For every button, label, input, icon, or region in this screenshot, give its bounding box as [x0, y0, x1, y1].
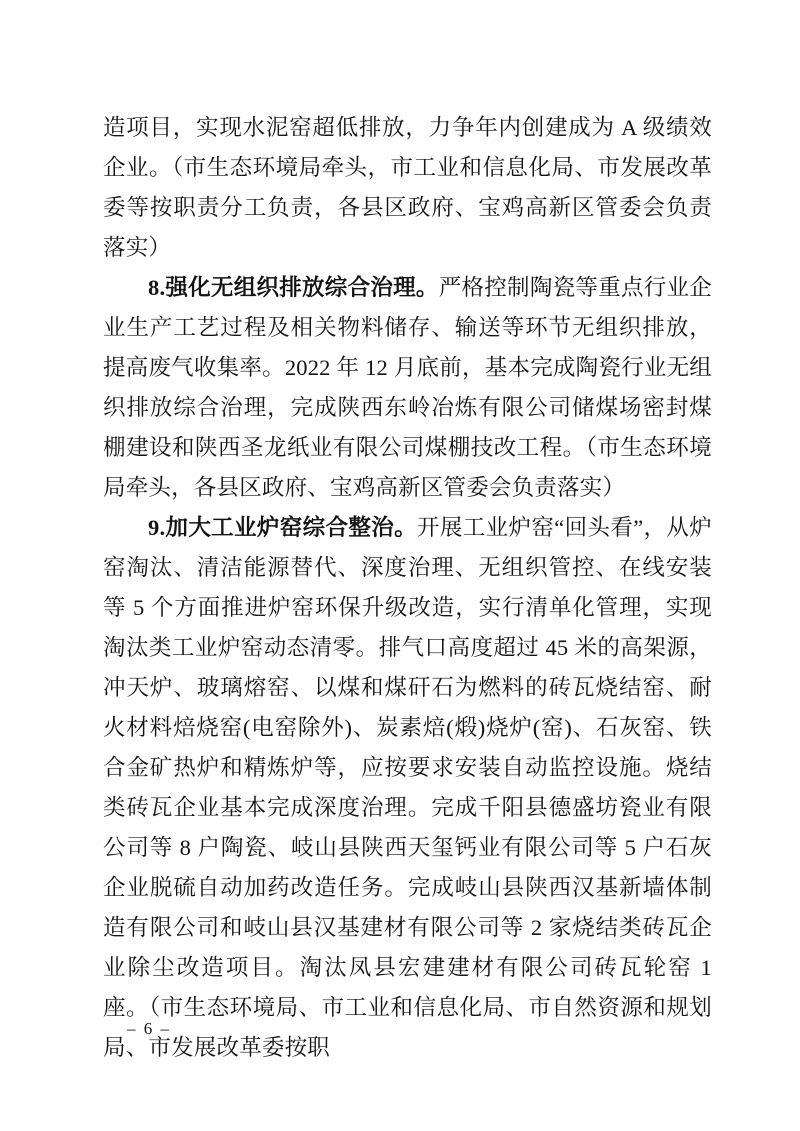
task-and-responsibility-clause: 完成千阳县德盛坊瓷业有限公司等 8 户陶瓷、岐山县陕西天玺钙业有限公司等 5 户…: [103, 795, 712, 1060]
paragraph-item-8: 8.强化无组织排放综合治理。严格控制陶瓷等重点行业企业生产工艺过程及相关物料储存…: [103, 268, 712, 508]
paragraph-continuation: 造项目，实现水泥窑超低排放，力争年内创建成为 A 级绩效企业。（市生态环境局牵头…: [103, 108, 712, 268]
body-text-run: 开展工业炉窑“回头看”，从炉窑淘汰、清洁能源替代、深度治理、无组织管控、在线安装…: [103, 515, 712, 820]
document-page: 造项目，实现水泥窑超低排放，力争年内创建成为 A 级绩效企业。（市生态环境局牵头…: [0, 0, 800, 1131]
item-8-heading: 8.强化无组织排放综合治理。: [148, 275, 439, 300]
responsibility-clause: （市生态环境局牵头，市工业和信息化局、市发展改革委等按职责分工负责，各县区政府、…: [103, 155, 712, 260]
paragraph-item-9: 9.加大工业炉窑综合整治。开展工业炉窑“回头看”，从炉窑淘汰、清洁能源替代、深度…: [103, 508, 712, 1068]
document-body: 造项目，实现水泥窑超低排放，力争年内创建成为 A 级绩效企业。（市生态环境局牵头…: [103, 108, 712, 1068]
page-number: – 6 –: [127, 1018, 171, 1040]
item-9-heading: 9.加大工业炉窑综合整治。: [148, 515, 417, 540]
